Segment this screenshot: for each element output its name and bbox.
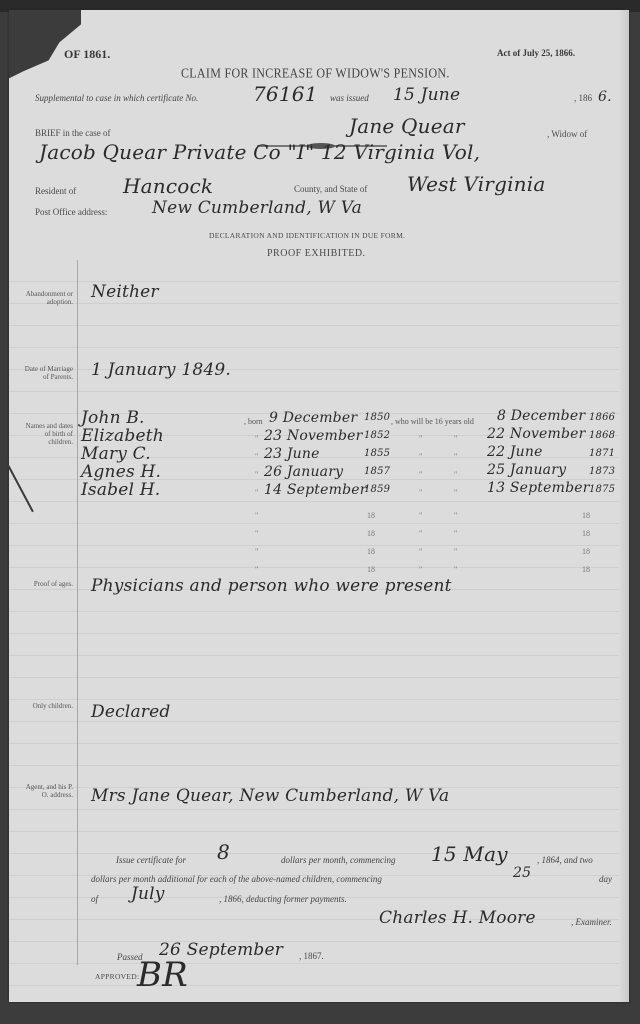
issue-amount: 8 — [217, 840, 230, 864]
ditto-mark: " — [419, 452, 422, 461]
born-date: 9 December — [269, 410, 357, 426]
only-children-label: Only children. — [23, 702, 73, 710]
commencing-year-text: , 1864, and two — [537, 855, 593, 865]
year-prefix: 18 — [582, 547, 590, 556]
county-value: Hancock — [123, 174, 213, 198]
widow-name: Jane Quear — [349, 114, 465, 138]
ditto-mark: " — [419, 529, 422, 538]
sixteen-date: 22 November — [487, 426, 586, 442]
ditto-mark: " — [419, 470, 422, 479]
child-name: John B. — [81, 408, 145, 428]
soldier-description: Jacob Quear Private Co "I" 12 Virginia V… — [39, 140, 480, 164]
ditto-mark: " — [255, 511, 258, 520]
issue-certificate-label: Issue certificate for — [116, 855, 186, 865]
ditto-mark: " — [454, 452, 457, 461]
born-date: 14 September — [264, 482, 367, 498]
year-prefix: 18 — [582, 565, 590, 574]
year-prefix: 18 — [367, 565, 375, 574]
ditto-mark: " — [454, 529, 457, 538]
day-label: day — [599, 874, 612, 884]
ditto-mark: " — [454, 511, 457, 520]
sixteen-year: 1873 — [589, 466, 615, 477]
child-row: John B. , born 9 December 1850 , who wil… — [9, 408, 629, 426]
act-of-1866-label: Act of July 25, 1866. — [497, 48, 575, 58]
document-title: CLAIM FOR INCREASE OF WIDOW'S PENSION. — [181, 65, 450, 82]
born-date: 23 November — [264, 428, 363, 444]
blank-child-row: " 18 " " 18 — [9, 543, 629, 561]
ditto-mark: " — [419, 547, 422, 556]
examiner-label: , Examiner. — [571, 917, 612, 927]
brief-label: BRIEF in the case of — [35, 128, 111, 138]
post-office-label: Post Office address: — [35, 207, 107, 217]
widow-of-label: , Widow of — [547, 129, 587, 139]
ditto-mark: " — [255, 529, 258, 538]
pension-claim-document: OF 1861. Act of July 25, 1866. CLAIM FOR… — [9, 10, 629, 1002]
ditto-mark: " — [255, 488, 258, 497]
only-children-value: Declared — [91, 702, 170, 722]
proof-exhibited-heading: PROOF EXHIBITED. — [267, 248, 366, 259]
child-name: Isabel H. — [81, 480, 160, 500]
child-row: Elizabeth " 23 November 1852 " " 22 Nove… — [9, 426, 629, 444]
proof-of-ages-label: Proof of ages. — [23, 580, 73, 588]
ditto-mark: " — [419, 434, 422, 443]
commencing-month: July — [131, 884, 165, 904]
sixteen-year: 1875 — [589, 484, 615, 495]
ditto-mark: " — [419, 488, 422, 497]
child-row: Mary C. " 23 June 1855 " " 22 June 1871 — [9, 444, 629, 462]
certificate-label: Supplemental to case in which certificat… — [35, 93, 198, 103]
proof-of-ages-value: Physicians and person who were present — [91, 576, 452, 596]
born-date: 26 January — [264, 464, 343, 480]
agent-value: Mrs Jane Quear, New Cumberland, W Va — [91, 786, 449, 806]
born-year: 1855 — [364, 448, 390, 459]
state-value: West Virginia — [407, 172, 545, 196]
approved-label: APPROVED: — [95, 972, 139, 981]
commencing-day-number: 25 — [513, 865, 531, 881]
year-prefix: 18 — [582, 529, 590, 538]
born-label: , born — [244, 417, 263, 426]
ditto-mark: " — [454, 547, 457, 556]
county-label: County, and State of — [294, 184, 367, 194]
marriage-date-value: 1 January 1849. — [91, 360, 231, 380]
passed-year: , 1867. — [299, 951, 324, 961]
sixteen-year: 1868 — [589, 430, 615, 441]
child-row: Agnes H. " 26 January 1857 " " 25 Januar… — [9, 462, 629, 480]
sixteen-date: 8 December — [497, 408, 585, 424]
ditto-mark: " — [255, 547, 258, 556]
blank-child-row: " 18 " " 18 — [9, 507, 629, 525]
ditto-mark: " — [255, 470, 258, 479]
born-date: 23 June — [264, 446, 320, 462]
born-year: 1857 — [364, 466, 390, 477]
declaration-label: DECLARATION AND IDENTIFICATION IN DUE FO… — [209, 231, 405, 240]
ditto-mark: " — [419, 565, 422, 574]
issued-year-suffix: 6. — [598, 89, 612, 105]
certificate-number: 76161 — [253, 82, 318, 106]
ditto-mark: " — [255, 434, 258, 443]
commencing-date: 15 May — [431, 842, 508, 866]
deducting-text: , 1866, deducting former payments. — [219, 894, 347, 904]
left-margin-rule — [77, 260, 78, 965]
child-name: Mary C. — [81, 444, 151, 464]
ditto-mark: " — [454, 565, 457, 574]
year-prefix: 18 — [367, 529, 375, 538]
page-edge-shadow — [619, 10, 629, 1002]
sixteen-year: 1871 — [589, 448, 615, 459]
born-year: 1859 — [364, 484, 390, 495]
year-prefix: 18 — [367, 511, 375, 520]
year-prefix: 18 — [367, 547, 375, 556]
sixteen-date: 22 June — [487, 444, 543, 460]
issued-year-prefix: , 186 — [574, 93, 592, 103]
sixteen-date: 25 January — [487, 462, 566, 478]
ditto-mark: " — [454, 470, 457, 479]
resident-label: Resident of — [35, 186, 76, 196]
child-row: Isabel H. " 14 September 1859 " " 13 Sep… — [9, 480, 629, 498]
ditto-mark: " — [454, 434, 457, 443]
examiner-signature: Charles H. Moore — [379, 908, 536, 928]
ditto-mark: " — [255, 565, 258, 574]
post-office-value: New Cumberland, W Va — [152, 198, 362, 218]
born-year: 1852 — [364, 430, 390, 441]
issued-label: was issued — [330, 93, 369, 103]
approved-initials: BR — [137, 955, 188, 995]
ditto-mark: " — [454, 488, 457, 497]
blank-child-row: " 18 " " 18 — [9, 525, 629, 543]
sixteen-year: 1866 — [589, 412, 615, 423]
child-name: Agnes H. — [81, 462, 161, 482]
abandonment-label: Abandonment or adoption. — [23, 290, 73, 306]
ditto-mark: " — [419, 511, 422, 520]
per-month-label: dollars per month, commencing — [281, 855, 396, 865]
of-label: of — [91, 894, 98, 904]
born-year: 1850 — [364, 412, 390, 423]
abandonment-value: Neither — [91, 282, 159, 302]
sixteen-date: 13 September — [487, 480, 590, 496]
act-of-1861-label: OF 1861. — [64, 47, 110, 62]
sixteen-label: , who will be 16 years old — [391, 417, 474, 426]
child-name: Elizabeth — [81, 426, 164, 446]
ditto-mark: " — [255, 452, 258, 461]
issued-date: 15 June — [393, 85, 460, 105]
additional-children-text: dollars per month additional for each of… — [91, 874, 382, 884]
marriage-date-label: Date of Marriage of Parents. — [23, 365, 73, 381]
year-prefix: 18 — [582, 511, 590, 520]
agent-label: Agent, and his P. O. address. — [23, 783, 73, 799]
